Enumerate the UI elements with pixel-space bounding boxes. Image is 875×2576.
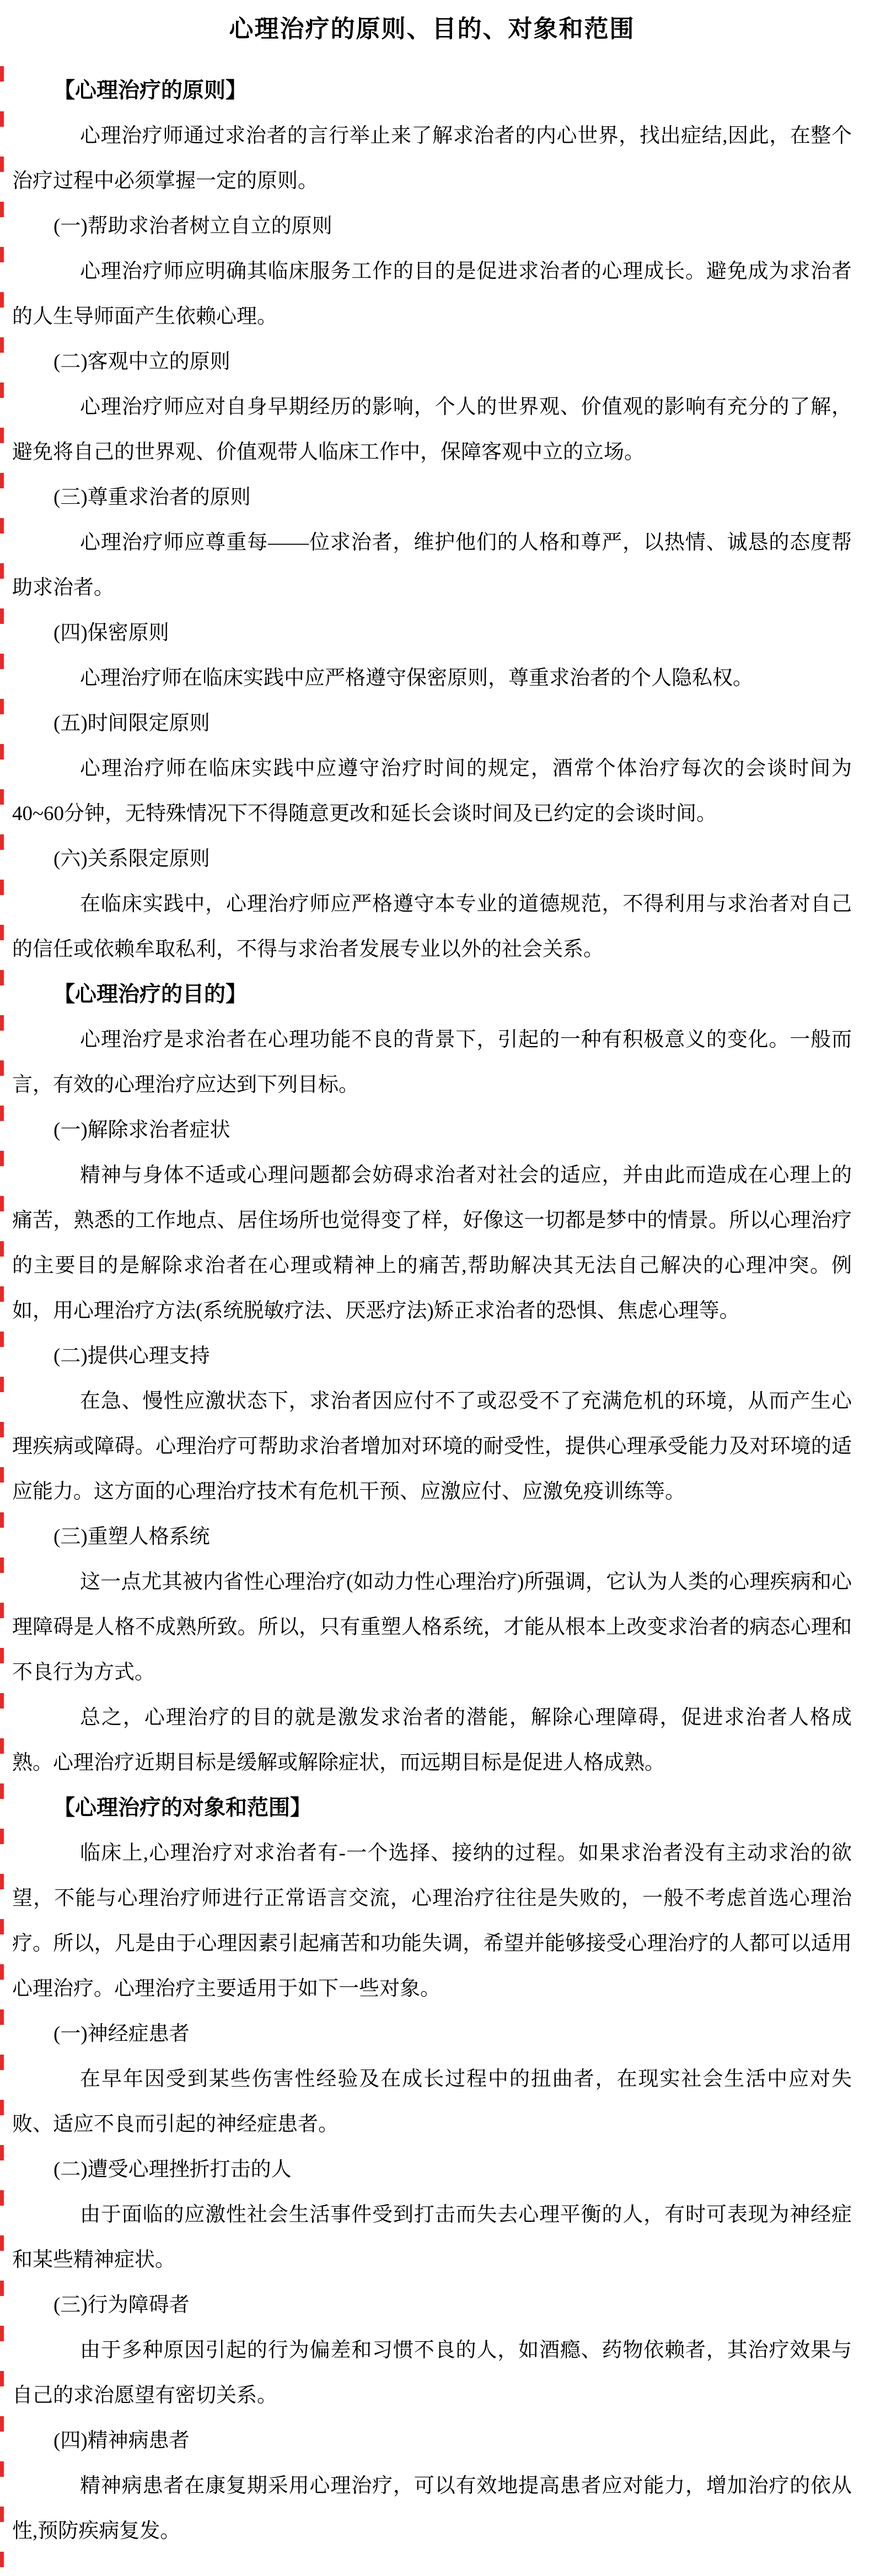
paragraph: 这一点尤其被内省性心理治疗(如动力性心理治疗)所强调，它认为人类的心理疾病和心理… [12, 1560, 852, 1695]
item-heading: (一)帮助求治者树立自立的原则 [12, 204, 852, 249]
paragraph: 精神病患者在康复期采用心理治疗，可以有效地提高患者应对能力，增加治疗的依从性,预… [12, 2464, 852, 2554]
paragraph: 心理治疗是求治者在心理功能不良的背景下，引起的一种有积极意义的变化。一般而言，有… [12, 1017, 852, 1108]
item-heading: (二)遭受心理挫折打击的人 [12, 2147, 852, 2192]
paragraph: 在临床实践中，心理治疗师应严格遵守本专业的道德规范，不得利用与求治者对自己的信任… [12, 882, 852, 972]
paragraph: 心理治疗师应明确其临床服务工作的目的是促进求治者的心理成长。避免成为求治者的人生… [12, 249, 852, 339]
document-page: 心理治疗的原则、目的、对象和范围 【心理治疗的原则】心理治疗师通过求治者的言行举… [0, 0, 875, 2576]
item-heading: (四)精神病患者 [12, 2418, 852, 2464]
document-body: 【心理治疗的原则】心理治疗师通过求治者的言行举止来了解求治者的内心世界，找出症结… [12, 68, 852, 2554]
paragraph: 临床上,心理治疗对求治者有-一个选择、接纳的过程。如果求治者没有主动求治的欲望，… [12, 1831, 852, 2012]
item-heading: (一)神经症患者 [12, 2012, 852, 2057]
paragraph: 在早年因受到某些伤害性经验及在成长过程中的扭曲者，在现实社会生活中应对失败、适应… [12, 2057, 852, 2147]
item-heading: (二)提供心理支持 [12, 1334, 852, 1379]
item-heading: (六)关系限定原则 [12, 837, 852, 882]
item-heading: (五)时间限定原则 [12, 701, 852, 746]
item-heading: (三)行为障碍者 [12, 2283, 852, 2328]
document-title: 心理治疗的原则、目的、对象和范围 [12, 4, 852, 54]
item-heading: (一)解除求治者症状 [12, 1108, 852, 1153]
paragraph: 心理治疗师在临床实践中应遵守治疗时间的规定，酒常个体治疗每次的会谈时间为40~6… [12, 746, 852, 837]
item-heading: (四)保密原则 [12, 611, 852, 656]
paragraph: 精神与身体不适或心理问题都会妨碍求治者对社会的适应，并由此而造成在心理上的痛苦，… [12, 1153, 852, 1334]
paragraph: 在急、慢性应激状态下，求治者因应付不了或忍受不了充满危机的环境，从而产生心理疾病… [12, 1379, 852, 1515]
section-heading: 【心理治疗的目的】 [12, 972, 852, 1017]
section-heading: 【心理治疗的对象和范围】 [12, 1786, 852, 1831]
scan-edge-artifacts [0, 66, 4, 2576]
paragraph: 总之，心理治疗的目的就是激发求治者的潜能，解除心理障碍，促进求治者人格成熟。心理… [12, 1695, 852, 1786]
paragraph: 心理治疗师应对自身早期经历的影响，个人的世界观、价值观的影响有充分的了解，避免将… [12, 385, 852, 475]
item-heading: (二)客观中立的原则 [12, 339, 852, 385]
paragraph: 由于面临的应激性社会生活事件受到打击而失去心理平衡的人，有时可表现为神经症和某些… [12, 2192, 852, 2283]
paragraph: 心理治疗师应尊重每——位求治者，维护他们的人格和尊严，以热情、诚恳的态度帮助求治… [12, 520, 852, 611]
paragraph: 心理治疗师通过求治者的言行举止来了解求治者的内心世界，找出症结,因此，在整个治疗… [12, 114, 852, 204]
item-heading: (三)重塑人格系统 [12, 1515, 852, 1560]
paragraph: 由于多种原因引起的行为偏差和习惯不良的人，如酒瘾、药物依赖者，其治疗效果与自己的… [12, 2328, 852, 2418]
item-heading: (三)尊重求治者的原则 [12, 475, 852, 520]
paragraph: 心理治疗师在临床实践中应严格遵守保密原则，尊重求治者的个人隐私权。 [12, 656, 852, 701]
section-heading: 【心理治疗的原则】 [12, 68, 852, 114]
